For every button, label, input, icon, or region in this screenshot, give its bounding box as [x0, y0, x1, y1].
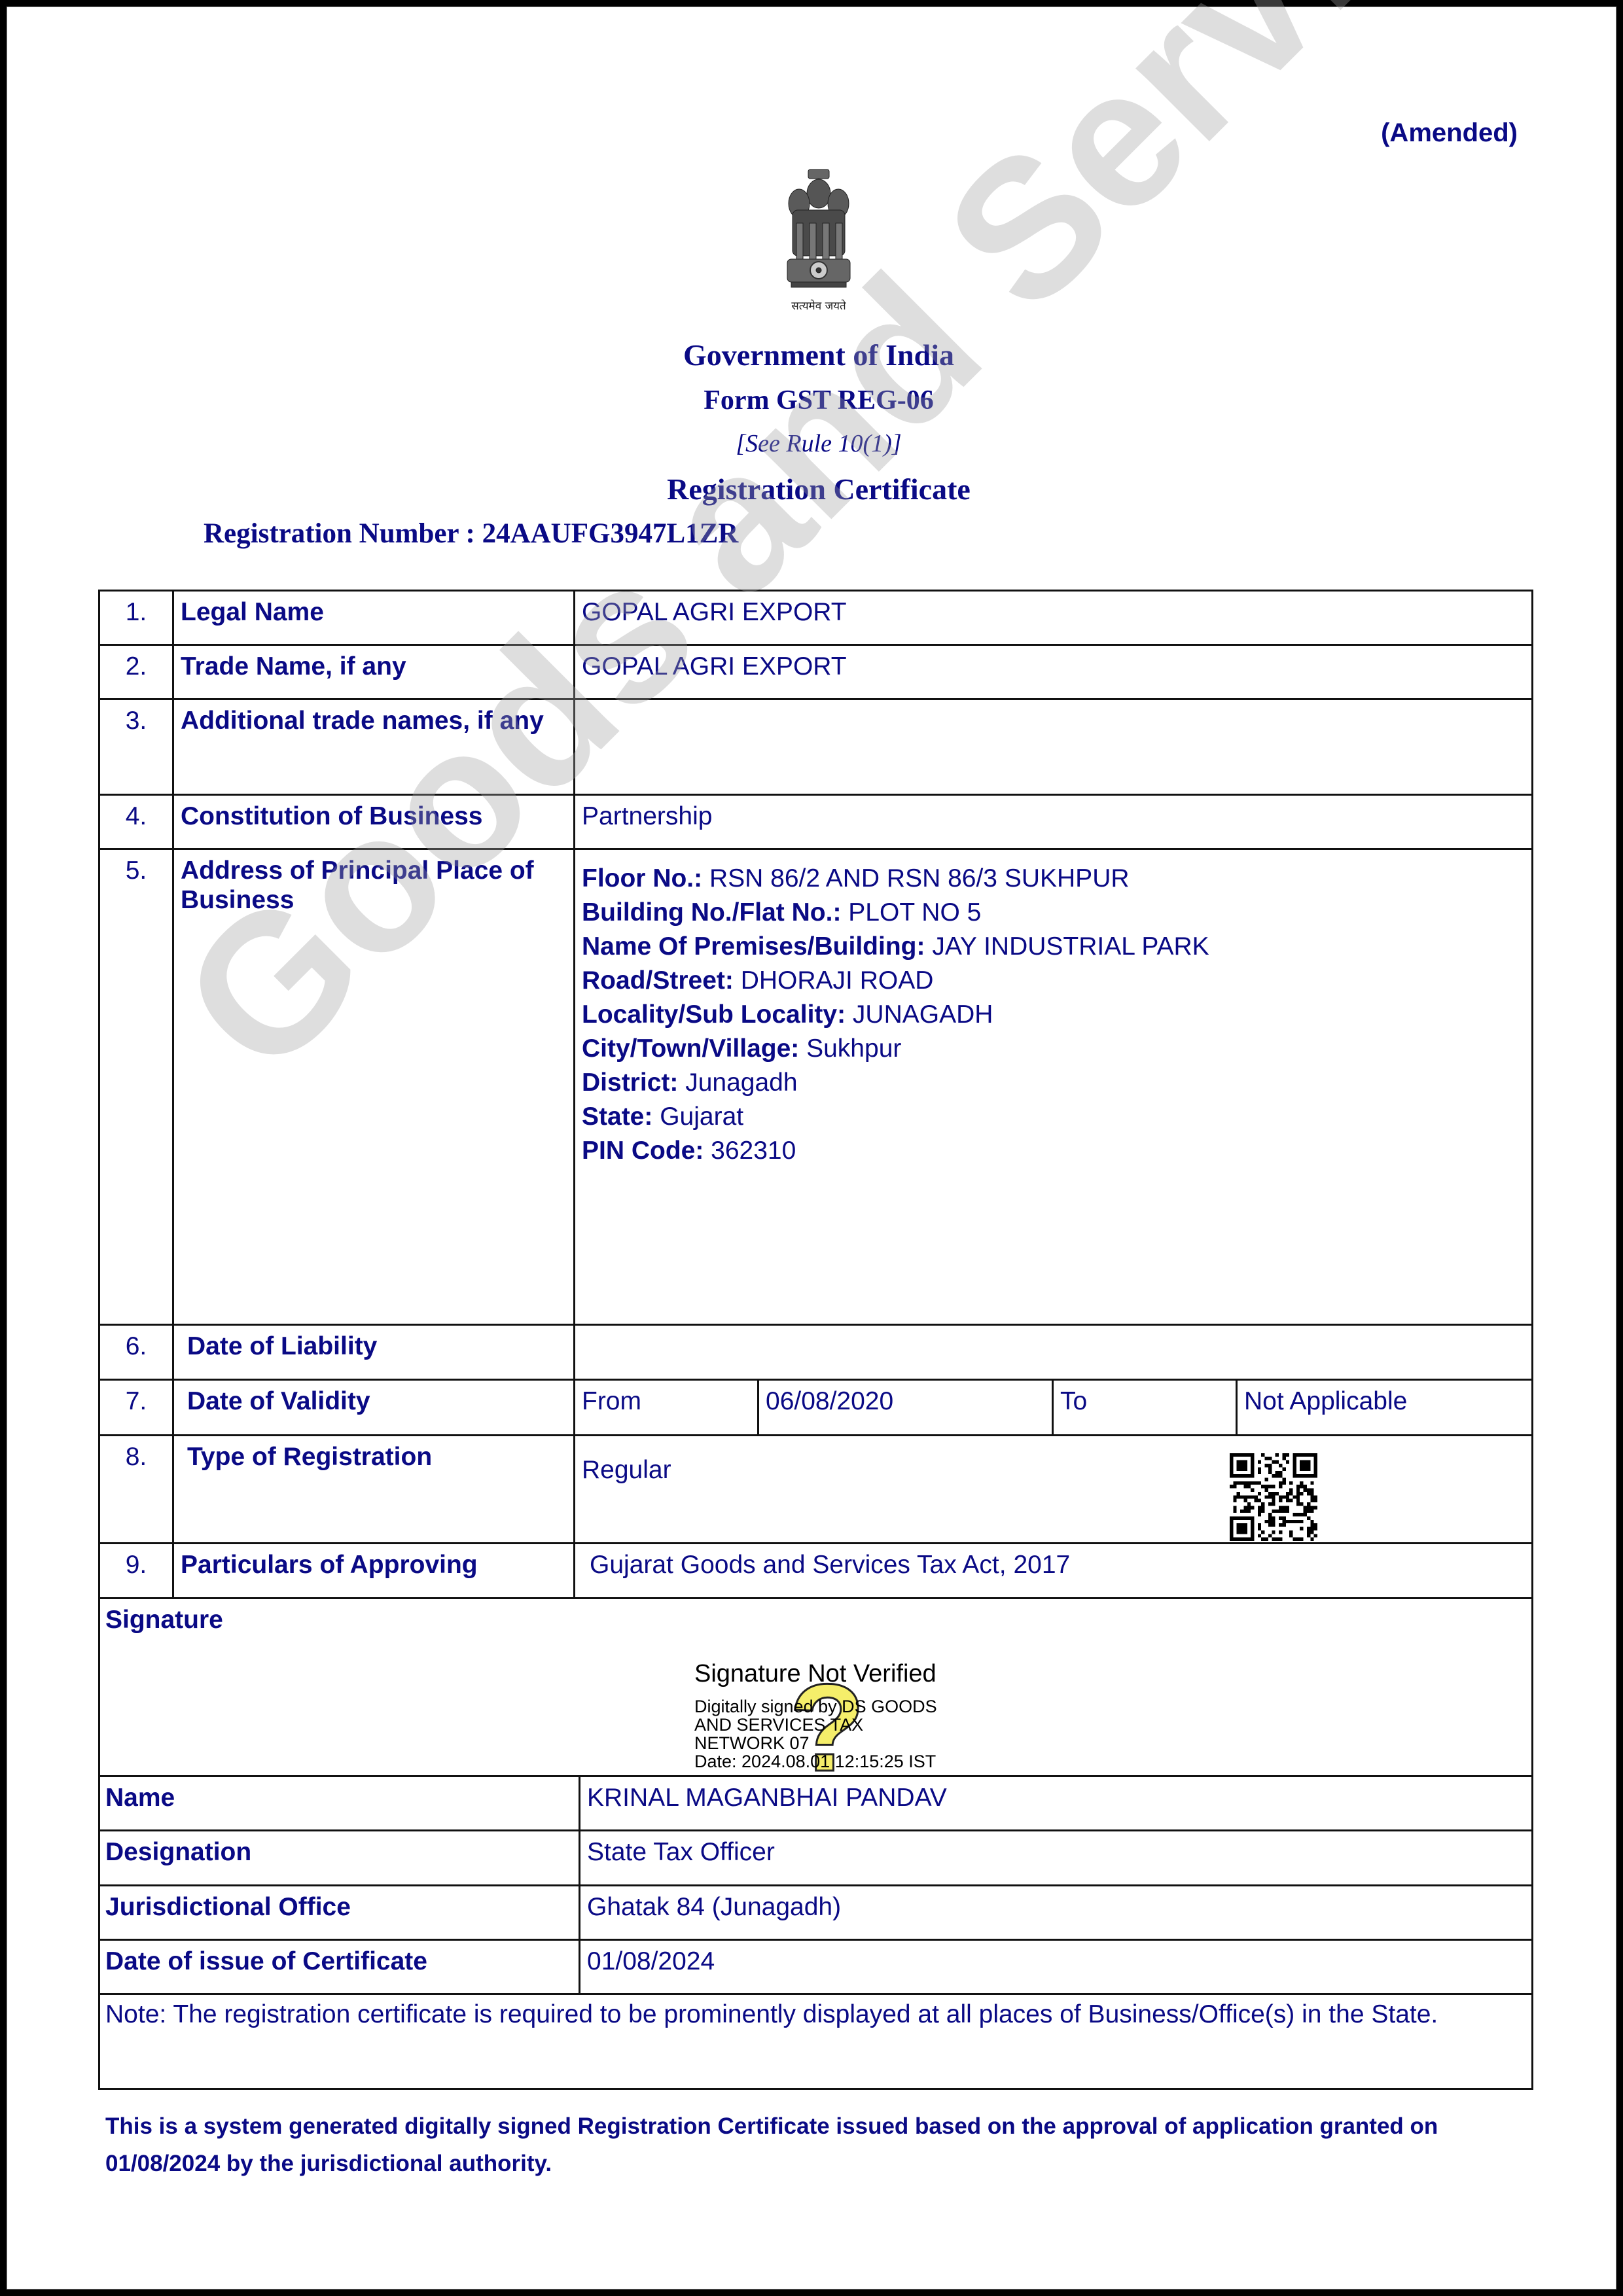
row-7-label: Date of Validity — [172, 1379, 575, 1436]
legal-name-value: GOPAL AGRI EXPORT — [573, 590, 1533, 646]
address-line: District: Junagadh — [582, 1066, 1525, 1100]
amended-label: (Amended) — [1381, 118, 1518, 148]
validity-from-value: 06/08/2020 — [757, 1379, 1054, 1436]
address-line: Locality/Sub Locality: JUNAGADH — [582, 998, 1525, 1032]
signature-label: Signature — [105, 1606, 1525, 1635]
row-1-label: Legal Name — [172, 590, 575, 646]
constitution-value: Partnership — [573, 794, 1533, 850]
signature-detail-line: Digitally signed by DS GOODS — [694, 1697, 937, 1716]
trade-name-value: GOPAL AGRI EXPORT — [573, 644, 1533, 700]
address-field-value: RSN 86/2 AND RSN 86/3 SUKHPUR — [709, 864, 1130, 892]
signature-status: Signature Not Verified — [694, 1659, 937, 1688]
qr-code-icon — [1230, 1453, 1317, 1541]
row-1-number: 1. — [98, 590, 174, 646]
registration-number-label: Registration Number : — [204, 518, 475, 549]
government-title: Government of India — [7, 338, 1623, 372]
row-4-label: Constitution of Business — [172, 794, 575, 850]
row-8-number: 8. — [98, 1434, 174, 1544]
address-line: PIN Code: 362310 — [582, 1134, 1525, 1168]
certificate-title: Registration Certificate — [7, 472, 1623, 506]
address-field-label: District: — [582, 1069, 685, 1097]
row-9-number: 9. — [98, 1542, 174, 1599]
row-9-label: Particulars of Approving — [172, 1542, 575, 1599]
address-field-label: Floor No.: — [582, 864, 709, 892]
registration-number-value: 24AAUFG3947L1ZR — [482, 518, 739, 549]
row-2-number: 2. — [98, 644, 174, 700]
address-field-value: PLOT NO 5 — [848, 898, 981, 927]
row-6-label: Date of Liability — [172, 1324, 575, 1381]
rule-reference: [See Rule 10(1)] — [7, 429, 1623, 458]
row-5-label: Address of Principal Place of Business — [172, 848, 575, 1326]
validity-to-label: To — [1052, 1379, 1238, 1436]
validity-to-value: Not Applicable — [1236, 1379, 1533, 1436]
date-of-liability-value — [573, 1324, 1533, 1381]
registration-number: Registration Number : 24AAUFG3947L1ZR — [204, 518, 738, 550]
address-field-value: Sukhpur — [806, 1034, 901, 1063]
row-2-label: Trade Name, if any — [172, 644, 575, 700]
national-emblem-icon: सत्यमेव जयते — [773, 164, 865, 321]
certificate-page: (Amended) सत्यमेव जयते Government of Ind… — [7, 7, 1616, 2289]
row-6-number: 6. — [98, 1324, 174, 1381]
row-3-number: 3. — [98, 698, 174, 796]
designation-value: State Tax Officer — [579, 1829, 1533, 1886]
issue-date-label: Date of issue of Certificate — [98, 1939, 580, 1995]
officer-name-value: KRINAL MAGANBHAI PANDAV — [579, 1775, 1533, 1831]
jurisdictional-office-label: Jurisdictional Office — [98, 1884, 580, 1941]
signature-detail-line: Date: 2024.08.01 12:15:25 IST — [694, 1752, 937, 1771]
address-line: State: Gujarat — [582, 1100, 1525, 1134]
officer-name-label: Name — [98, 1775, 580, 1831]
address-field-label: City/Town/Village: — [582, 1034, 806, 1063]
signature-details: Digitally signed by DS GOODSAND SERVICES… — [694, 1697, 937, 1771]
address-line: Road/Street: DHORAJI ROAD — [582, 964, 1525, 998]
row-8-label: Type of Registration — [172, 1434, 575, 1544]
address-field-label: PIN Code: — [582, 1137, 711, 1165]
signature-detail-line: NETWORK 07 — [694, 1734, 937, 1752]
address-field-label: Building No./Flat No.: — [582, 898, 848, 927]
svg-text:सत्यमेव जयते: सत्यमेव जयते — [791, 299, 846, 313]
address-field-value: JUNAGADH — [853, 1000, 993, 1029]
address-field-value: Gujarat — [660, 1103, 743, 1131]
additional-trade-names-value — [573, 698, 1533, 796]
address-list: Floor No.: RSN 86/2 AND RSN 86/3 SUKHPUR… — [582, 862, 1525, 1168]
row-7-number: 7. — [98, 1379, 174, 1436]
address-line: Name Of Premises/Building: JAY INDUSTRIA… — [582, 930, 1525, 964]
approving-act-value: Gujarat Goods and Services Tax Act, 2017 — [573, 1542, 1533, 1599]
jurisdictional-office-value: Ghatak 84 (Junagadh) — [579, 1884, 1533, 1941]
digital-signature-block[interactable]: Signature Not Verified Digitally signed … — [694, 1659, 937, 1771]
row-5-number: 5. — [98, 848, 174, 1326]
row-3-label: Additional trade names, if any — [172, 698, 575, 796]
address-value: Floor No.: RSN 86/2 AND RSN 86/3 SUKHPUR… — [573, 848, 1533, 1326]
signature-detail-line: AND SERVICES TAX — [694, 1716, 937, 1734]
address-field-value: Junagadh — [685, 1069, 797, 1097]
address-line: City/Town/Village: Sukhpur — [582, 1032, 1525, 1066]
registration-type-value: Regular — [573, 1434, 1533, 1544]
display-note: Note: The registration certificate is re… — [98, 1993, 1533, 2090]
validity-from-label: From — [573, 1379, 759, 1436]
address-field-value: 362310 — [711, 1137, 796, 1165]
form-name: Form GST REG-06 — [7, 385, 1623, 416]
designation-label: Designation — [98, 1829, 580, 1886]
address-line: Floor No.: RSN 86/2 AND RSN 86/3 SUKHPUR — [582, 862, 1525, 896]
address-field-label: Road/Street: — [582, 966, 741, 995]
address-field-value: JAY INDUSTRIAL PARK — [932, 932, 1209, 961]
row-4-number: 4. — [98, 794, 174, 850]
address-field-value: DHORAJI ROAD — [741, 966, 934, 995]
address-field-label: Locality/Sub Locality: — [582, 1000, 853, 1029]
address-field-label: State: — [582, 1103, 660, 1131]
address-line: Building No./Flat No.: PLOT NO 5 — [582, 896, 1525, 930]
issue-date-value: 01/08/2024 — [579, 1939, 1533, 1995]
system-generated-footer: This is a system generated digitally sig… — [105, 2108, 1532, 2182]
address-field-label: Name Of Premises/Building: — [582, 932, 932, 961]
